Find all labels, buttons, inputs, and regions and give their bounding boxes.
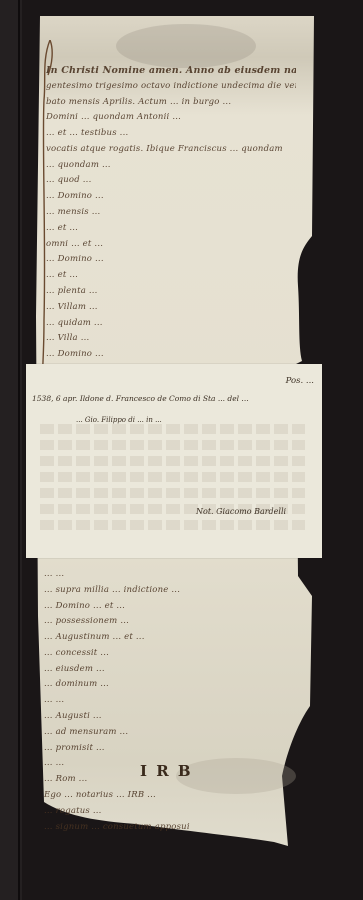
text-line: omni ... et ... xyxy=(46,238,296,253)
slip-signature: Not. Giacomo Bardelli xyxy=(196,507,286,516)
text-line: ... possessionem ... xyxy=(44,615,304,630)
text-line: ... plenta ... xyxy=(46,285,296,300)
show-through-text xyxy=(40,424,305,536)
text-line: ... quondam ... xyxy=(46,159,296,174)
text-line: vocatis atque rogatis. Ibique Franciscus… xyxy=(46,143,296,158)
frame-divider xyxy=(18,0,20,900)
text-line: ... ad mensuram ... xyxy=(44,726,304,741)
slip-line-2: ... Gio. Filippo di ... in ... xyxy=(76,416,162,424)
text-line: ... quidam ... xyxy=(46,317,296,332)
text-line: ... ... xyxy=(44,568,304,583)
lower-text-block: ... ... ... supra millia ... indictione … xyxy=(44,568,304,836)
upper-text-block: In Christi Nomine amen. Anno ab eiusdem … xyxy=(46,64,296,380)
text-line: ... signum ... consuetum apposui xyxy=(44,821,304,836)
catalogue-slip: Pos. ... 1538, 6 apr. Ildone d. Francesc… xyxy=(26,364,322,558)
text-line: ... ... xyxy=(44,694,304,709)
text-line: ... Domino ... xyxy=(46,190,296,205)
text-line: Ego ... notarius ... IRB ... xyxy=(44,789,304,804)
text-line: ... dominum ... xyxy=(44,678,304,693)
text-line: ... concessit ... xyxy=(44,647,304,662)
text-line: Domini ... quondam Antonii ... xyxy=(46,111,296,126)
text-line: ... rogatus ... xyxy=(44,805,304,820)
text-line: In Christi Nomine amen. Anno ab eiusdem … xyxy=(46,64,296,79)
text-line: ... Villam ... xyxy=(46,301,296,316)
slip-line-1: 1538, 6 apr. Ildone d. Francesco de Como… xyxy=(32,394,249,403)
text-line: ... Domino ... xyxy=(46,348,296,363)
notarial-mark-letters: I R B xyxy=(140,762,193,780)
notarial-mark: I R B xyxy=(140,762,193,780)
text-line: ... Domino ... xyxy=(46,253,296,268)
slip-corner-note: Pos. ... xyxy=(286,376,314,386)
text-line: ... et ... xyxy=(46,269,296,284)
text-line: ... Augusti ... xyxy=(44,710,304,725)
text-line: ... quod ... xyxy=(46,174,296,189)
text-line: gentesimo trigesimo octavo indictione un… xyxy=(46,80,296,95)
text-line: ... Augustinum ... et ... xyxy=(44,631,304,646)
text-line: ... et ... xyxy=(46,222,296,237)
text-line: ... Domino ... et ... xyxy=(44,600,304,615)
text-line: ... promisit ... xyxy=(44,742,304,757)
text-line: ... eiusdem ... xyxy=(44,663,304,678)
text-line: ... Villa ... xyxy=(46,332,296,347)
text-line: ... mensis ... xyxy=(46,206,296,221)
text-line: ... et ... testibus ... xyxy=(46,127,296,142)
text-line: ... supra millia ... indictione ... xyxy=(44,584,304,599)
text-line: bato mensis Aprilis. Actum ... in burgo … xyxy=(46,96,296,111)
